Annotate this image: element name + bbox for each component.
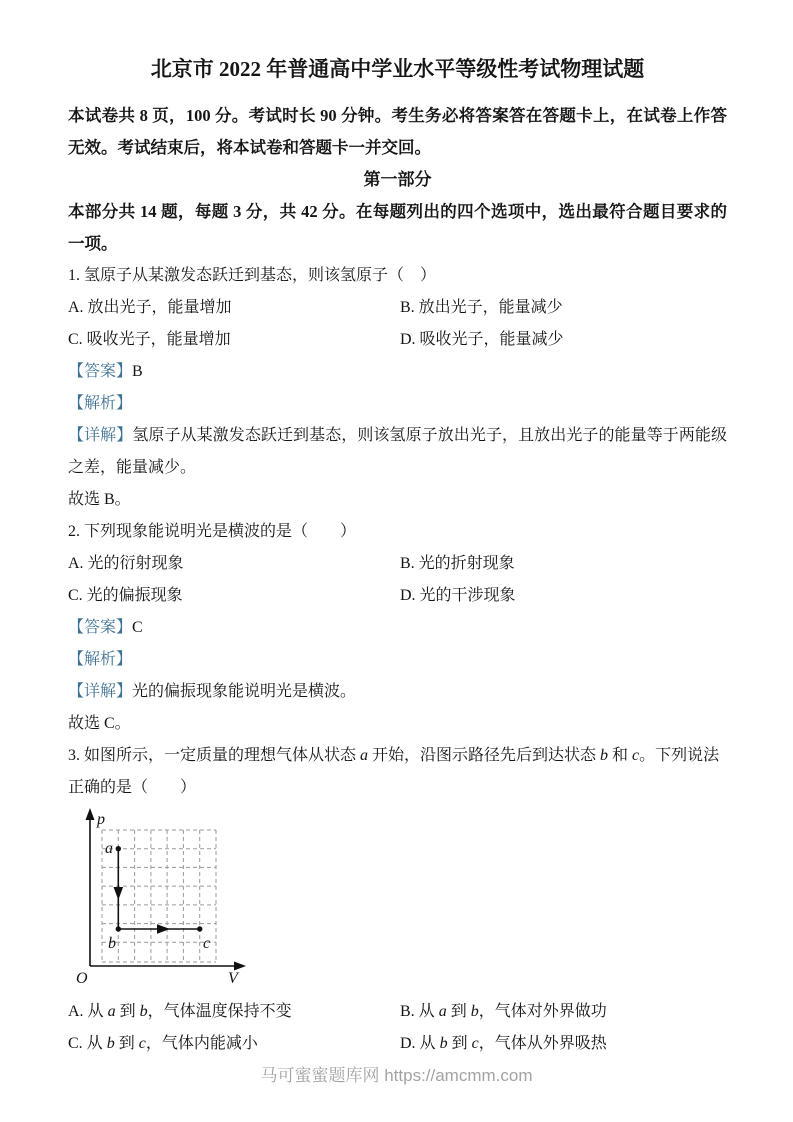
question-1-options-row-2: C. 吸收光子，能量增加 D. 吸收光子，能量减少 — [68, 324, 727, 356]
detail-text: 氢原子从某激发态跃迁到基态，则该氢原子放出光子，且放出光子的能量等于两能级之差，… — [68, 427, 727, 476]
x-axis-label: V — [228, 970, 240, 987]
option-d: D. 从 b 到 c，气体从外界吸热 — [400, 1028, 727, 1060]
option-c: C. 光的偏振现象 — [68, 580, 400, 612]
option-b: B. 光的折射现象 — [400, 548, 727, 580]
answer-label: 【答案】 — [68, 363, 132, 380]
option-a: A. 从 a 到 b，气体温度保持不变 — [68, 996, 400, 1028]
option-d: D. 光的干涉现象 — [400, 580, 727, 612]
document-body: 北京市 2022 年普通高中学业水平等级性考试物理试题 本试卷共 8 页，100… — [0, 54, 793, 1060]
point-c — [197, 926, 202, 931]
pv-diagram: p V O a b c — [72, 806, 262, 996]
question-1: 1. 氢原子从某激发态跃迁到基态，则该氢原子（ ） A. 放出光子，能量增加 B… — [68, 260, 727, 516]
question-2: 2. 下列现象能说明光是横波的是（ ） A. 光的衍射现象 B. 光的折射现象 … — [68, 516, 727, 740]
conclusion-line: 故选 B。 — [68, 484, 727, 516]
question-3: 3. 如图所示，一定质量的理想气体从状态 a 开始，沿图示路径先后到达状态 b … — [68, 740, 727, 1060]
option-d: D. 吸收光子，能量减少 — [400, 324, 727, 356]
option-b: B. 从 a 到 b，气体对外界做功 — [400, 996, 727, 1028]
answer-value: B — [132, 363, 143, 380]
question-3-stem: 3. 如图所示，一定质量的理想气体从状态 a 开始，沿图示路径先后到达状态 b … — [68, 740, 727, 804]
exam-notice: 本试卷共 8 页，100 分。考试时长 90 分钟。考生务必将答案答在答题卡上，… — [68, 100, 727, 164]
question-1-options-row-1: A. 放出光子，能量增加 B. 放出光子，能量减少 — [68, 292, 727, 324]
answer-label: 【答案】 — [68, 619, 132, 636]
analysis-label: 【解析】 — [68, 395, 132, 412]
watermark-footer: 马可蜜蜜题库网 https://amcmm.com — [0, 1064, 793, 1088]
question-1-stem: 1. 氢原子从某激发态跃迁到基态，则该氢原子（ ） — [68, 260, 727, 292]
question-2-options-row-2: C. 光的偏振现象 D. 光的干涉现象 — [68, 580, 727, 612]
detail-text: 光的偏振现象能说明光是横波。 — [132, 683, 356, 700]
origin-label: O — [76, 970, 88, 987]
question-2-stem: 2. 下列现象能说明光是横波的是（ ） — [68, 516, 727, 548]
option-b: B. 放出光子，能量减少 — [400, 292, 727, 324]
analysis-label: 【解析】 — [68, 651, 132, 668]
option-c: C. 吸收光子，能量增加 — [68, 324, 400, 356]
pv-diagram-figure: p V O a b c — [72, 806, 727, 996]
detail-line: 【详解】氢原子从某激发态跃迁到基态，则该氢原子放出光子，且放出光子的能量等于两能… — [68, 420, 727, 484]
option-a: A. 光的衍射现象 — [68, 548, 400, 580]
point-b — [116, 926, 121, 931]
y-axis-label: p — [96, 811, 105, 828]
analysis-line: 【解析】 — [68, 644, 727, 676]
page-title: 北京市 2022 年普通高中学业水平等级性考试物理试题 — [68, 54, 727, 84]
segment-bc-arrow-right — [157, 924, 170, 934]
question-3-options-row-2: C. 从 b 到 c，气体内能减小 D. 从 b 到 c，气体从外界吸热 — [68, 1028, 727, 1060]
y-axis-arrow — [86, 808, 95, 820]
detail-line: 【详解】光的偏振现象能说明光是横波。 — [68, 676, 727, 708]
answer-line: 【答案】B — [68, 356, 727, 388]
option-c: C. 从 b 到 c，气体内能减小 — [68, 1028, 400, 1060]
segment-ab-arrow-down — [114, 887, 124, 900]
part1-heading: 第一部分 — [68, 164, 727, 196]
point-b-label: b — [108, 935, 116, 952]
question-3-options-row-1: A. 从 a 到 b，气体温度保持不变 B. 从 a 到 b，气体对外界做功 — [68, 996, 727, 1028]
option-a: A. 放出光子，能量增加 — [68, 292, 400, 324]
conclusion-line: 故选 C。 — [68, 708, 727, 740]
point-a-label: a — [105, 840, 113, 857]
exam-paper-page: 北京市 2022 年普通高中学业水平等级性考试物理试题 本试卷共 8 页，100… — [0, 0, 793, 1122]
detail-label: 【详解】 — [68, 683, 132, 700]
analysis-line: 【解析】 — [68, 388, 727, 420]
answer-line: 【答案】C — [68, 612, 727, 644]
point-a — [116, 846, 121, 851]
point-c-label: c — [203, 935, 210, 952]
part1-description: 本部分共 14 题，每题 3 分，共 42 分。在每题列出的四个选项中，选出最符… — [68, 196, 727, 260]
question-2-options-row-1: A. 光的衍射现象 B. 光的折射现象 — [68, 548, 727, 580]
answer-value: C — [132, 619, 143, 636]
detail-label: 【详解】 — [68, 427, 132, 444]
